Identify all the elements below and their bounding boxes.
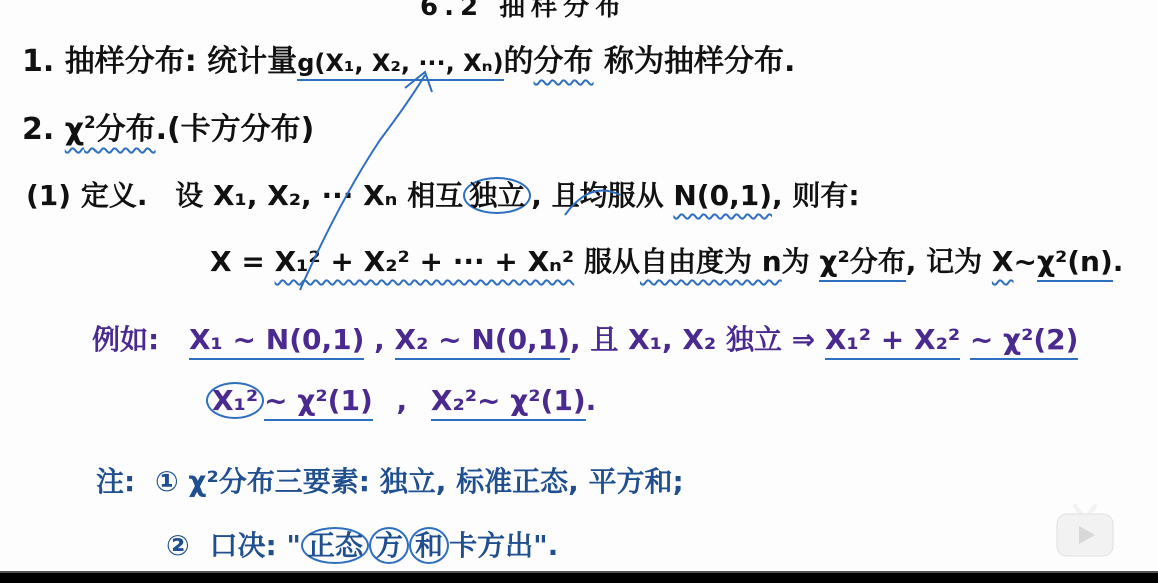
- comma: ,: [396, 384, 407, 417]
- notes-label: 注:: [96, 465, 135, 498]
- definition-mid: , 且均服从: [531, 179, 663, 212]
- formula-line: X = X₁² + X₂² + ··· + Xₙ² 服从自由度为 n为 χ²分布…: [210, 240, 1123, 280]
- notes-line-2: ② 口决: "正态方和卡方出".: [166, 524, 558, 564]
- text: 的: [504, 44, 534, 79]
- mnemonic-circled-1: 正态: [301, 527, 369, 564]
- mnemonic-circled-2: 方: [369, 527, 409, 564]
- section-number: 2.: [22, 112, 54, 147]
- section-suffix: 称为抽样分布.: [604, 44, 795, 79]
- normal-dist: N(0,1): [673, 179, 772, 212]
- comma: ,: [374, 323, 385, 356]
- example-line-1: 例如: X₁ ~ N(0,1) , X₂ ~ N(0,1), 且 X₁, X₂ …: [92, 318, 1078, 358]
- colon: :: [185, 44, 197, 79]
- example-x2: X₂ ~ N(0,1): [395, 323, 570, 360]
- notation-x: X: [992, 245, 1014, 278]
- lecture-page: 6.2 抽样分布 1. 抽样分布: 统计量g(X₁, X₂, ···, Xₙ)的…: [0, 0, 1158, 571]
- definition-line: (1) 定义. 设 X₁, X₂, ··· Xₙ 相互独立, 且均服从 N(0,…: [26, 174, 860, 214]
- tv-play-icon[interactable]: [1053, 502, 1117, 558]
- example-independence: , 且 X₁, X₂ 独立 ⇒: [570, 323, 815, 356]
- example-result: ~ χ²(2): [970, 323, 1079, 360]
- example-sum: X₁² + X₂²: [825, 323, 960, 360]
- definition-label: (1) 定义.: [26, 179, 147, 212]
- section-number: 1.: [22, 44, 54, 79]
- note-2-prefix: 口决: ": [209, 529, 301, 562]
- x1-squared-circled: X₁²: [206, 382, 264, 419]
- note-1-text: χ²分布三要素: 独立, 标准正态, 平方和;: [188, 465, 683, 498]
- formula-lhs: X: [210, 245, 232, 278]
- degrees-of-freedom: 自由度为 n: [640, 245, 782, 278]
- definition-lead: 设 X₁, X₂, ··· Xₙ 相互: [175, 179, 463, 212]
- chi1-b: ~ χ²(1): [477, 384, 586, 421]
- period: .: [586, 384, 597, 417]
- distribution-highlight: 分布: [534, 44, 594, 79]
- chi-square-term: χ2分布: [65, 112, 156, 147]
- independent-circled: 独立: [463, 177, 531, 214]
- chi-square-dist: χ²分布: [819, 245, 905, 282]
- bottom-bar: [0, 571, 1158, 583]
- mnemonic-circled-3: 和: [409, 527, 449, 564]
- statistic-label: 统计量: [207, 44, 297, 79]
- notation-chi: χ²(n): [1037, 245, 1113, 282]
- text: 服从: [584, 245, 640, 278]
- section-aside: .(卡方分布): [156, 112, 315, 147]
- text: 为: [782, 245, 810, 278]
- section-sampling-distribution: 1. 抽样分布: 统计量g(X₁, X₂, ···, Xₙ)的分布 称为抽样分布…: [22, 36, 795, 80]
- tilde: ~: [1013, 245, 1036, 278]
- definition-tail: , 则有:: [772, 179, 860, 212]
- section-chi-square: 2. χ2分布.(卡方分布): [22, 104, 314, 148]
- example-label: 例如:: [92, 323, 159, 356]
- note-2-rest: 卡方出".: [449, 529, 558, 562]
- example-x1: X₁ ~ N(0,1): [189, 323, 364, 360]
- example-line-2: X₁²~ χ²(1) , X₂²~ χ²(1).: [206, 384, 596, 417]
- section-term: 抽样分布: [65, 44, 185, 79]
- equals: =: [232, 245, 275, 278]
- x2-squared: X₂²: [431, 384, 477, 421]
- note-1-number: ①: [155, 465, 179, 498]
- term: 分布: [96, 112, 156, 147]
- text: , 记为: [906, 245, 982, 278]
- chi-symbol: χ: [65, 112, 84, 147]
- note-2-number: ②: [166, 529, 190, 562]
- statistic-expression: g(X₁, X₂, ···, Xₙ): [297, 49, 503, 81]
- period: .: [1113, 245, 1124, 278]
- page-title: 6.2 抽样分布: [420, 0, 627, 23]
- notes-line-1: 注: ① χ²分布三要素: 独立, 标准正态, 平方和;: [96, 460, 684, 500]
- superscript: 2: [84, 113, 95, 132]
- chi1-a: ~ χ²(1): [264, 384, 373, 421]
- formula-rhs: X₁² + X₂² + ··· + Xₙ²: [275, 245, 575, 278]
